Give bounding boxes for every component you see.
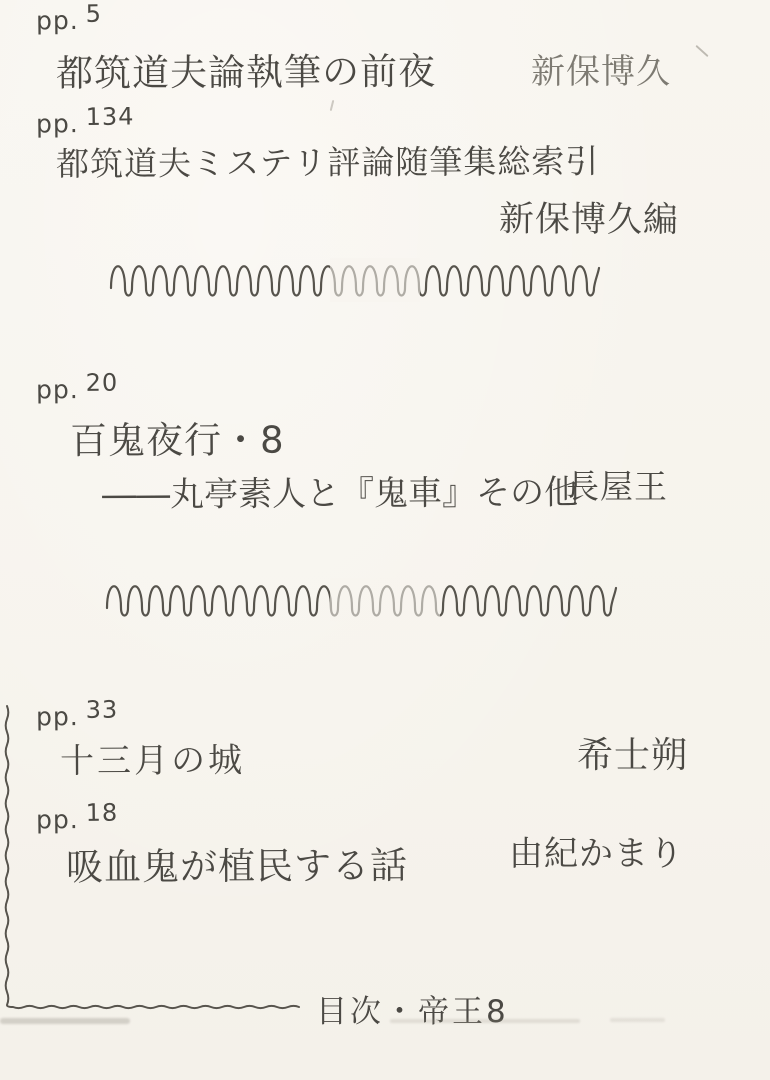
footer-caption: 目次・帝王8 xyxy=(316,986,509,1031)
entry-0-title: 都筑道夫論執筆の前夜 xyxy=(56,41,436,97)
entry-2-subtitle: ――丸亭素人と『鬼車』その他 xyxy=(102,465,578,516)
pp-label: pp. xyxy=(36,6,79,35)
corner-rule-line xyxy=(0,696,312,1018)
scan-smudge xyxy=(610,1018,665,1022)
entry-4-author: 由紀かまり xyxy=(509,826,684,875)
entry-2-author: 長屋王 xyxy=(566,461,668,508)
entry-1-page-ref: pp.134 xyxy=(36,108,135,138)
scan-mark xyxy=(695,45,708,57)
scan-mark xyxy=(330,100,335,111)
pp-label: pp. xyxy=(36,375,79,404)
entry-0-author: 新保博久 xyxy=(531,44,671,93)
pp-number: 5 xyxy=(85,0,102,28)
pp-number: 134 xyxy=(85,102,134,131)
scanned-toc-page: pp.5 都筑道夫論執筆の前夜 新保博久 pp.134 都筑道夫ミステリ評論随筆… xyxy=(0,0,770,1080)
entry-2-page-ref: pp.20 xyxy=(36,375,119,405)
scan-smudge xyxy=(390,1019,580,1023)
entry-1-title: 都筑道夫ミステリ評論随筆集総索引 xyxy=(56,136,600,186)
entry-3-author: 希士朔 xyxy=(577,727,688,778)
squiggle-divider-1 xyxy=(110,256,606,302)
entry-2-title: 百鬼夜行・8 xyxy=(70,409,285,464)
pp-label: pp. xyxy=(36,109,79,138)
squiggle-divider-2 xyxy=(106,576,624,622)
entry-1-author: 新保博久編 xyxy=(499,192,679,243)
pp-number: 20 xyxy=(85,369,118,397)
entry-0-page-ref: pp.5 xyxy=(36,6,102,36)
scan-smudge xyxy=(0,1018,130,1024)
